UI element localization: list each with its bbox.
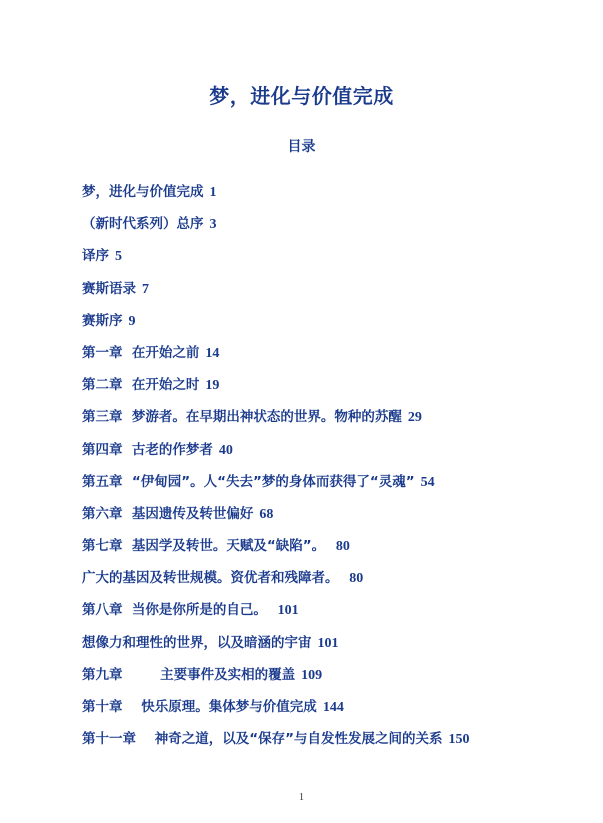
toc-entry[interactable]: 译序5 — [82, 246, 470, 278]
toc-entry[interactable]: 第二章 在开始之时19 — [82, 375, 470, 407]
toc-entry-label: 梦，进化与价值完成 — [82, 184, 204, 200]
toc-entry-page: 80 — [336, 539, 350, 554]
toc-entry[interactable]: 广大的基因及转世规模。资优者和残障者。 80 — [82, 568, 470, 600]
toc-entry-label: 第十章 快乐原理。集体梦与价值完成 — [82, 699, 317, 715]
toc-entry-label: 第八章 当你是你所是的自己。 — [82, 602, 272, 618]
toc-entry-label: （新时代系列）总序 — [82, 216, 204, 232]
toc-entry-label: 第三章 梦游者。在早期出神状态的世界。物种的苏醒 — [82, 409, 402, 425]
toc-entry-page: 68 — [259, 507, 273, 522]
toc-entry-label: 赛斯序 — [82, 313, 123, 329]
toc-entry[interactable]: 第六章 基因遗传及转世偏好68 — [82, 504, 470, 536]
toc-entry[interactable]: 第四章 古老的作梦者40 — [82, 440, 470, 472]
page-number: 1 — [0, 792, 603, 803]
toc-entry-label: 译序 — [82, 248, 109, 264]
toc-entry[interactable]: 第十一章 神奇之道，以及“保存”与自发性发展之间的关系150 — [82, 729, 470, 761]
toc-heading: 目录 — [0, 136, 603, 156]
toc-entry-page: 3 — [210, 217, 217, 232]
toc-entry[interactable]: （新时代系列）总序3 — [82, 214, 470, 246]
toc-entry-label: 第一章 在开始之前 — [82, 345, 199, 361]
toc-entry[interactable]: 赛斯语录7 — [82, 279, 470, 311]
toc-entry[interactable]: 第一章 在开始之前14 — [82, 343, 470, 375]
toc-entry-page: 29 — [408, 410, 422, 425]
toc-entry[interactable]: 第七章 基因学及转世。天赋及“缺陷”。 80 — [82, 536, 470, 568]
document-title: 梦，进化与价值完成 — [0, 80, 603, 109]
toc-entry-page: 109 — [301, 668, 322, 683]
toc-entry[interactable]: 想像力和理性的世界，以及暗涵的宇宙101 — [82, 633, 470, 665]
toc-entry-label: 第七章 基因学及转世。天赋及“缺陷”。 — [82, 538, 330, 554]
toc-entry-label: 第五章 “伊甸园”。人“失去”梦的身体而获得了“灵魂” — [82, 474, 415, 490]
toc-entry-page: 54 — [421, 475, 435, 490]
toc-entry[interactable]: 第五章 “伊甸园”。人“失去”梦的身体而获得了“灵魂”54 — [82, 472, 470, 504]
toc-entry-label: 赛斯语录 — [82, 281, 136, 297]
toc-entry-page: 19 — [205, 378, 219, 393]
toc-entry-label: 第十一章 神奇之道，以及“保存”与自发性发展之间的关系 — [82, 731, 443, 747]
toc-entry-label: 第二章 在开始之时 — [82, 377, 199, 393]
toc-entry-page: 144 — [323, 700, 344, 715]
toc-entry-page: 7 — [142, 282, 149, 297]
toc-entry-page: 40 — [219, 443, 233, 458]
toc-entry-page: 5 — [115, 249, 122, 264]
toc-entry-label: 想像力和理性的世界，以及暗涵的宇宙 — [82, 635, 312, 651]
toc-entry[interactable]: 第九章 主要事件及实相的覆盖109 — [82, 665, 470, 697]
table-of-contents: 梦，进化与价值完成1 （新时代系列）总序3 译序5 赛斯语录7 赛斯序9 第一章… — [82, 182, 470, 761]
toc-entry-page: 150 — [449, 732, 470, 747]
toc-entry[interactable]: 第八章 当你是你所是的自己。 101 — [82, 600, 470, 632]
toc-entry-page: 14 — [205, 346, 219, 361]
toc-entry-page: 101 — [278, 603, 299, 618]
document-page: 梦，进化与价值完成 目录 梦，进化与价值完成1 （新时代系列）总序3 译序5 赛… — [0, 0, 603, 823]
toc-entry-label: 第四章 古老的作梦者 — [82, 442, 213, 458]
toc-entry-page: 80 — [349, 571, 363, 586]
toc-entry-page: 1 — [210, 185, 217, 200]
toc-entry-label: 第九章 主要事件及实相的覆盖 — [82, 667, 295, 683]
toc-entry[interactable]: 第三章 梦游者。在早期出神状态的世界。物种的苏醒29 — [82, 407, 470, 439]
toc-entry-page: 9 — [129, 314, 136, 329]
toc-entry[interactable]: 第十章 快乐原理。集体梦与价值完成144 — [82, 697, 470, 729]
toc-entry-label: 广大的基因及转世规模。资优者和残障者。 — [82, 570, 343, 586]
toc-entry-page: 101 — [318, 636, 339, 651]
toc-entry[interactable]: 赛斯序9 — [82, 311, 470, 343]
toc-entry[interactable]: 梦，进化与价值完成1 — [82, 182, 470, 214]
toc-entry-label: 第六章 基因遗传及转世偏好 — [82, 506, 253, 522]
